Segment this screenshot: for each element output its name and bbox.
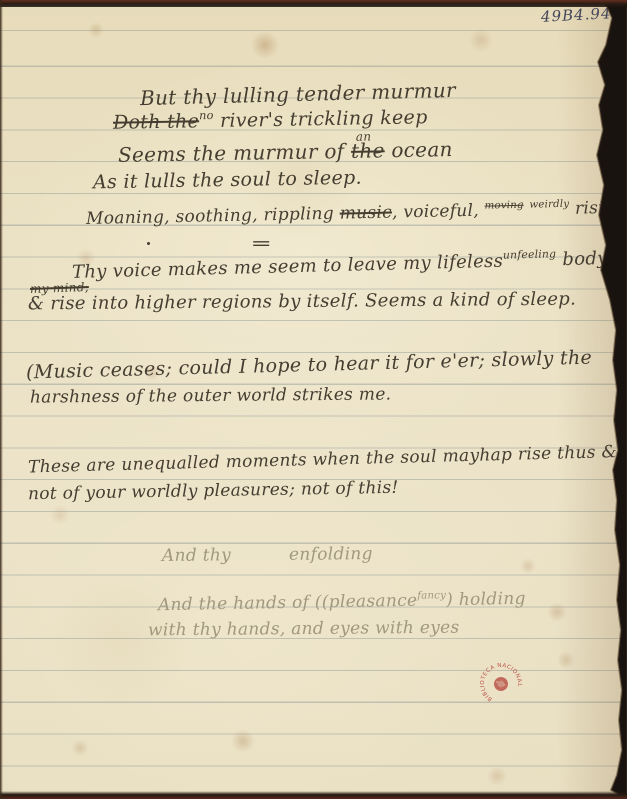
scan-edge-top xyxy=(0,0,627,7)
scan-edge-bottom xyxy=(0,791,627,799)
scan-edge-left xyxy=(0,0,3,799)
torn-edge xyxy=(0,0,627,799)
manuscript-scan: 49B4.94 But thy lulling tender murmur Do… xyxy=(0,0,627,799)
